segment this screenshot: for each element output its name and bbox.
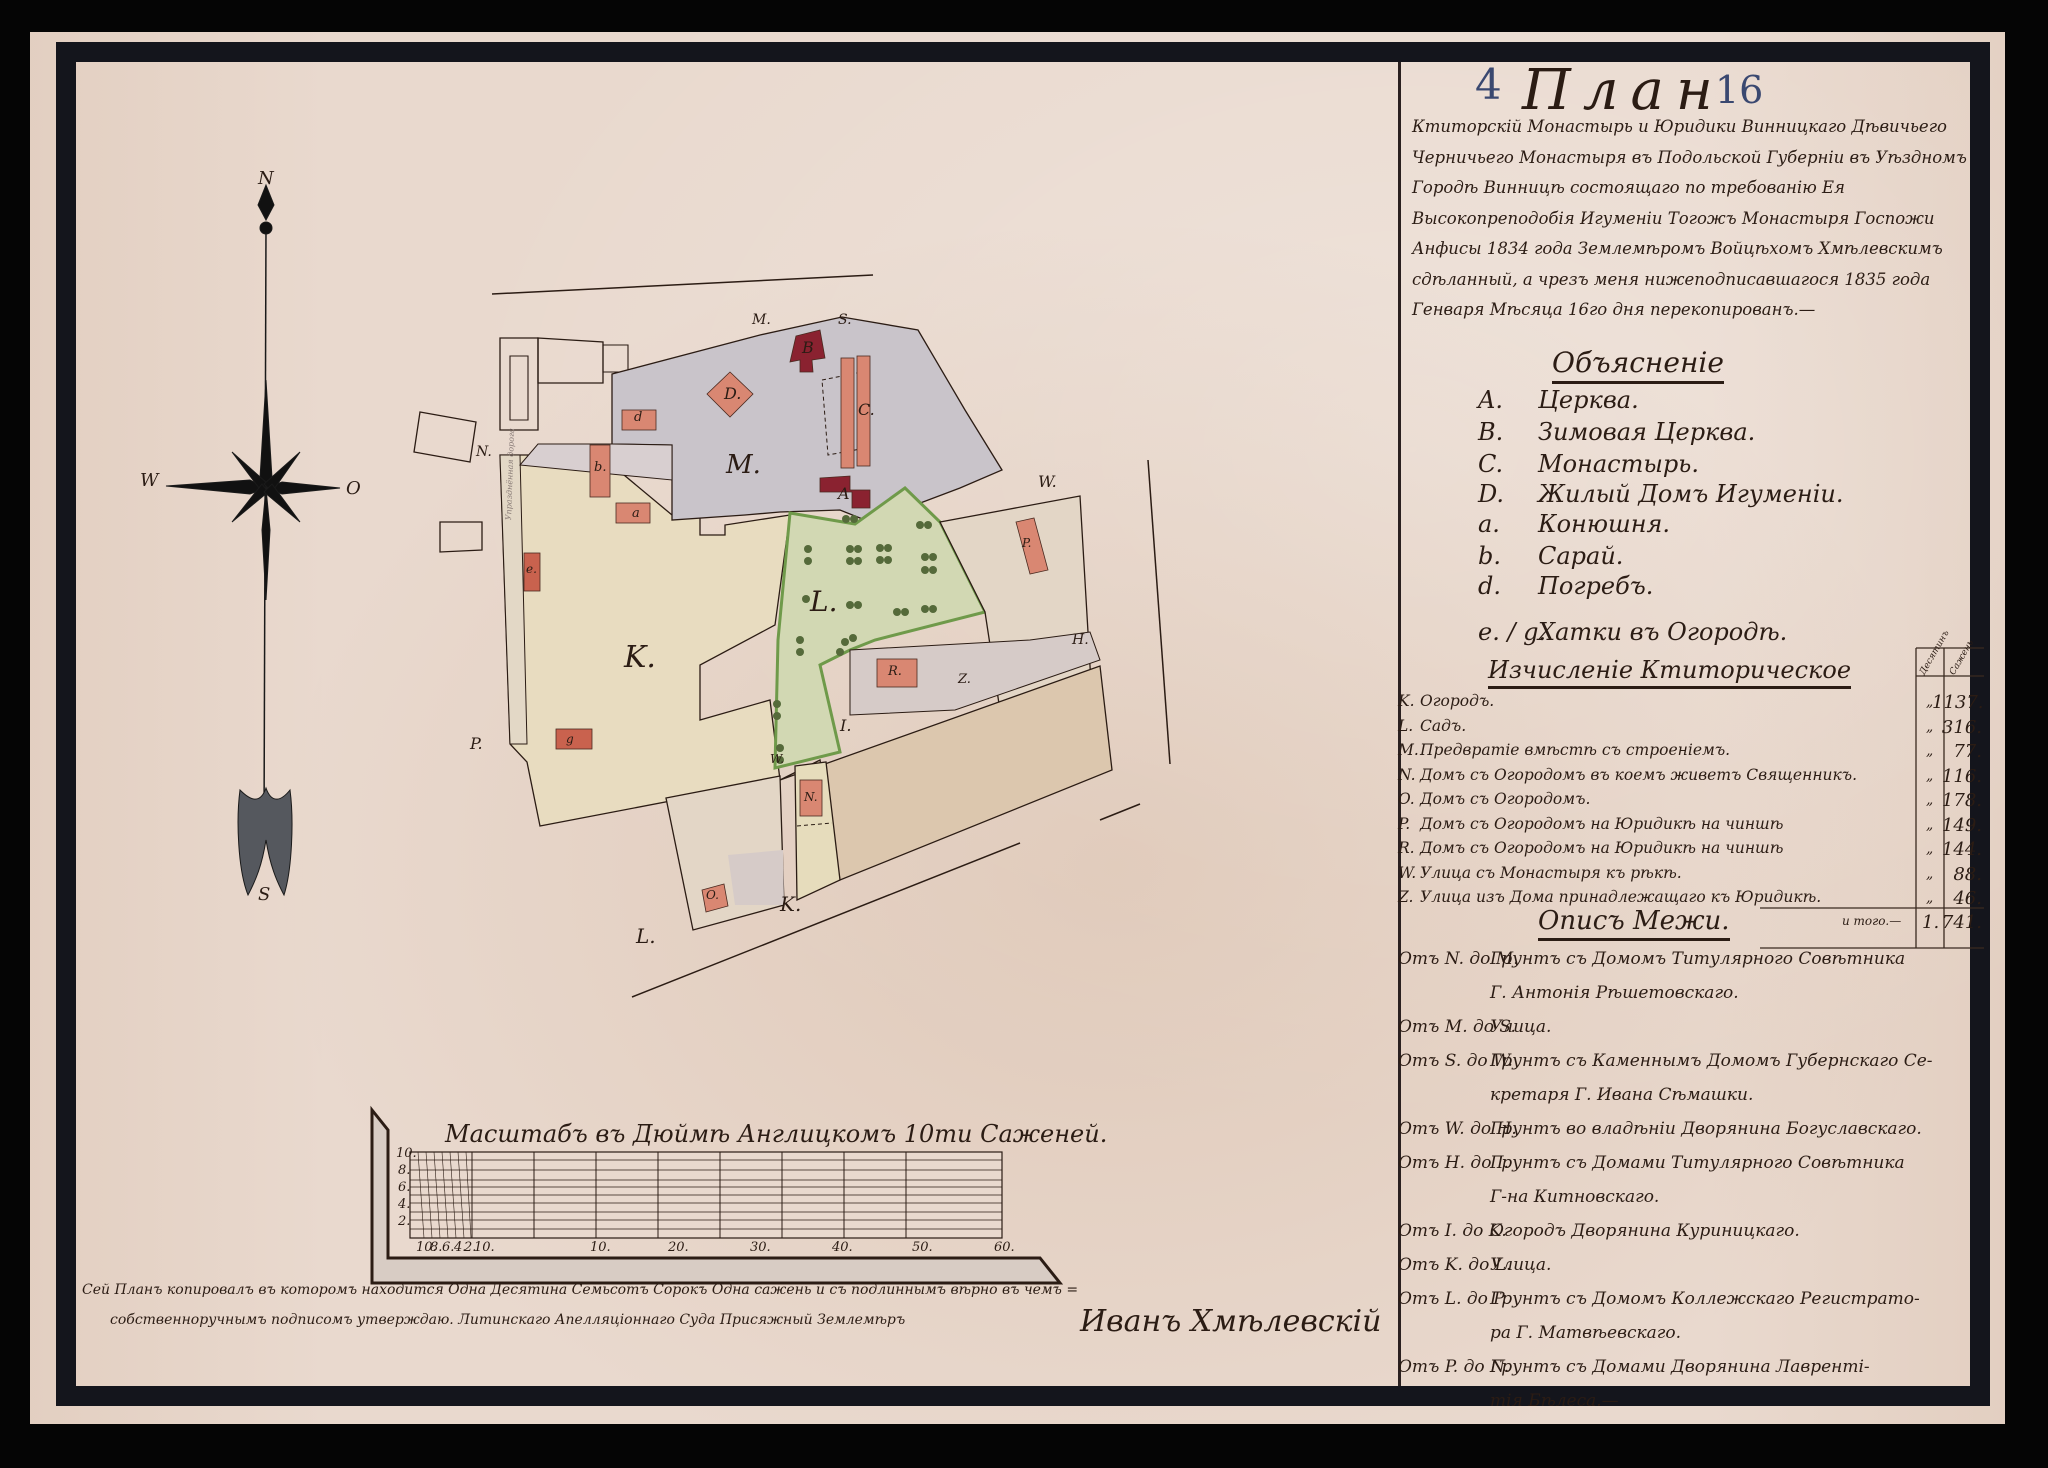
scale-title: Масштабъ въ Дюймѣ Англицкомъ 10ти Сажене… [445, 1120, 1107, 1148]
measurement-row: P.Домъ съ Огородомъ на Юридикѣ на чиншѣ [1398, 815, 1918, 833]
building-label-hut-e: e. [526, 562, 537, 576]
archive-mark-right: 16 [1715, 68, 1763, 112]
boundary-row: Отъ K. до L.Улица. [1398, 1248, 1978, 1282]
map-label-k: K. [624, 640, 656, 675]
archive-mark-left: 4 [1475, 60, 1502, 109]
boundary-row: Отъ H. до I.Грунтъ съ Домами Титулярного… [1398, 1146, 1978, 1214]
map-label-l-garden: L. [810, 585, 838, 618]
boundary-row: Отъ S. до W.Грунтъ съ Каменнымъ Домомъ Г… [1398, 1044, 1978, 1112]
sazhen-value: 1137. [1932, 692, 1982, 713]
legend-item: e. / g.Хатки въ Огородѣ. [1478, 618, 1787, 646]
legend-heading: Объясненіе [1552, 346, 1724, 384]
building-label-r: R. [888, 664, 902, 679]
scale-y-tick: 6. [398, 1180, 410, 1195]
scale-x-tick: 10. [474, 1240, 495, 1255]
map-label-i: I. [840, 716, 851, 735]
building-label-hut-g: g [566, 732, 574, 746]
scale-y-tick: 4. [398, 1197, 410, 1212]
intro-text: Ктиторскій Монастырь и Юридики Винницкаг… [1412, 112, 1982, 326]
surveyor-signature: Иванъ Хмѣлевскій [1080, 1304, 1381, 1339]
building-label-n: N. [804, 790, 818, 804]
sazhen-value: 144. [1932, 839, 1982, 860]
compass-east-label: O [346, 478, 361, 499]
building-label-p: P. [1022, 536, 1031, 550]
map-label-w-top: W. [1038, 472, 1057, 491]
compass-south-label: S [258, 884, 270, 905]
total-label: и того.— [1842, 914, 1901, 928]
measurement-heading: Изчисленіе Ктиторическое [1488, 656, 1851, 689]
map-label-p: P. [470, 734, 483, 753]
scale-y-tick: 8. [398, 1163, 410, 1178]
building-label-a: A [838, 484, 850, 503]
boundary-row: Отъ W. до H.Грунтъ во владѣніи Дворянина… [1398, 1112, 1978, 1146]
scale-x-tick: 30. [750, 1240, 771, 1255]
boundary-row: Отъ P. до N.Грунтъ съ Домами Дворянина Л… [1398, 1350, 1978, 1418]
legend-item: D.Жилый Домъ Игуменіи. [1478, 480, 1843, 508]
building-label-b: B [802, 338, 814, 357]
certification-line-2: собственноручнымъ подписомъ утверждаю. Л… [110, 1312, 905, 1328]
map-label-z: Z. [958, 672, 971, 687]
map-label-m-top: M. [752, 312, 771, 328]
boundaries-heading: Описъ Межи. [1538, 906, 1730, 941]
certification-line-1: Сей Планъ копировалъ въ которомъ находит… [82, 1282, 1078, 1298]
map-label-l-bottom: L. [636, 924, 656, 948]
boundary-row: Отъ L. до P.Грунтъ съ Домомъ Коллежскаго… [1398, 1282, 1978, 1350]
sazhen-value: 178. [1932, 790, 1982, 811]
sazhen-value: 77. [1932, 741, 1982, 762]
scale-x-tick: 8. [430, 1240, 442, 1255]
map-label-m: M. [726, 450, 761, 480]
sazhen-value: 149. [1932, 815, 1982, 836]
building-label-shed: b. [594, 460, 606, 475]
legend-item: B.Зимовая Церква. [1478, 418, 1755, 446]
scale-x-tick: 6. [442, 1240, 454, 1255]
measurement-row: R.Домъ съ Огородомъ на Юридикѣ на чиншѣ [1398, 839, 1918, 857]
map-label-n: N. [476, 444, 492, 460]
building-label-c: C. [858, 400, 875, 419]
building-label-stable: a [632, 506, 640, 521]
measurement-row: N.Домъ съ Огородомъ въ коемъ живетъ Свящ… [1398, 766, 1918, 784]
legend-item: C.Монастырь. [1478, 450, 1699, 478]
compass-rose-icon [166, 185, 340, 895]
total-sazhen: 741. [1932, 912, 1982, 933]
boundary-row: Отъ M. до S.Улица. [1398, 1010, 1978, 1044]
map-label-s-top: S. [838, 312, 852, 328]
scale-y-tick: 2. [398, 1214, 410, 1229]
scale-y-tick: 10. [396, 1146, 417, 1161]
building-label-cellar: d [634, 410, 642, 425]
sazhen-value: 46. [1932, 888, 1982, 909]
measurement-row: L.Садъ. [1398, 717, 1918, 735]
sazhen-value: 316. [1932, 717, 1982, 738]
measurement-row: K.Огородъ. [1398, 692, 1918, 710]
scale-x-tick: 40. [832, 1240, 853, 1255]
legend-item: d.Погребъ. [1478, 572, 1653, 600]
building-label-o: O. [706, 888, 719, 902]
map-label-h: H. [1072, 632, 1089, 648]
map-label-k-bottom: K. [780, 892, 801, 916]
measurement-row: W.Улица съ Монастыря къ рѣкѣ. [1398, 864, 1918, 882]
scale-x-tick: 60. [994, 1240, 1015, 1255]
measurement-row: O.Домъ съ Огородомъ. [1398, 790, 1918, 808]
boundary-row: Отъ N. до M.Грунтъ съ Домомъ Титулярного… [1398, 942, 1978, 1010]
building-label-d-house: D. [724, 384, 741, 403]
scale-x-tick: 20. [668, 1240, 689, 1255]
boundary-row: Отъ I. до K.Огородъ Дворянина Куриницкаг… [1398, 1214, 1978, 1248]
measurement-row: M.Предвратіе вмѣстѣ съ строеніемъ. [1398, 741, 1918, 759]
legend-item: a.Конюшня. [1478, 510, 1670, 538]
sazhen-value: 116. [1932, 766, 1982, 787]
legend-item: b.Сарай. [1478, 542, 1623, 570]
legend-item: A.Церква. [1478, 386, 1639, 414]
compass-north-label: N [258, 168, 274, 189]
sazhen-value: 88. [1932, 864, 1982, 885]
map-label-w: W. [770, 752, 784, 766]
compass-west-label: W [140, 470, 159, 491]
scale-x-tick: 10. [590, 1240, 611, 1255]
scale-x-tick: 50. [912, 1240, 933, 1255]
measurement-row: Z.Улица изъ Дома принадлежащаго къ Юриди… [1398, 888, 1918, 906]
